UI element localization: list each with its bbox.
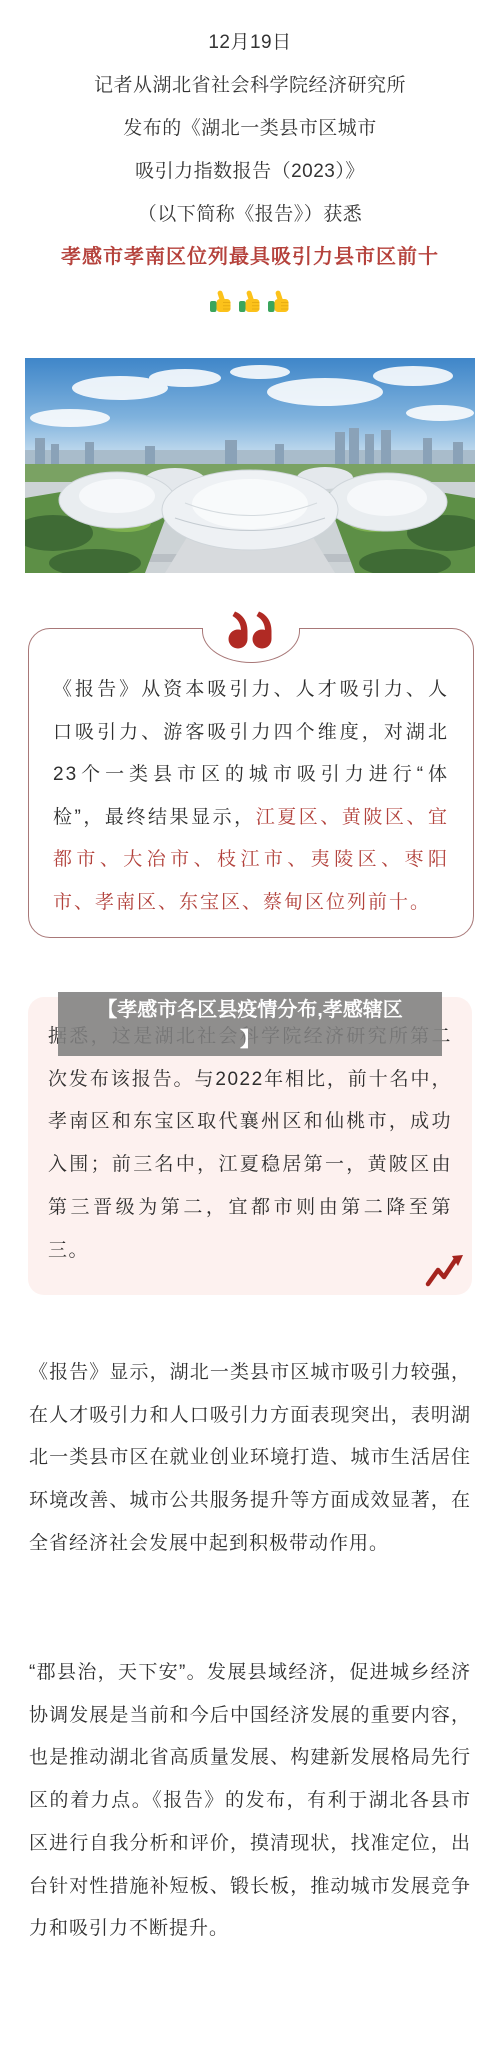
trend-up-arrow-icon xyxy=(424,1250,464,1295)
intro-line-1: 记者从湖北省社会科学院经济研究所 xyxy=(0,64,500,107)
thumbs-up-emoji xyxy=(209,288,233,316)
intro-date: 12月19日 xyxy=(0,21,500,64)
caption-line-1: 【孝感市各区县疫情分布,孝感辖区 xyxy=(58,995,442,1025)
thumbs-up-emoji xyxy=(238,288,262,316)
thumbs-row xyxy=(0,288,500,316)
thumbs-up-emoji xyxy=(267,288,291,316)
article-page: 12月19日 记者从湖北省社会科学院经济研究所 发布的《湖北一类县市区城市 吸引… xyxy=(0,0,500,2050)
paragraph-2: 《报告》显示，湖北一类县市区城市吸引力较强，在人才吸引力和人口吸引力方面表现突出… xyxy=(0,1352,500,1566)
intro-line-2: 发布的《湖北一类县市区城市 xyxy=(0,107,500,150)
quote-card: 《报告》从资本吸引力、人才吸引力、人口吸引力、游客吸引力四个维度，对湖北23个一… xyxy=(28,628,474,938)
intro-line-4: （以下简称《报告》）获悉 xyxy=(0,193,500,236)
quotation-marks-icon xyxy=(228,609,274,654)
caption-line-2: 】 xyxy=(58,1025,442,1055)
intro-block: 12月19日 记者从湖北省社会科学院经济研究所 发布的《湖北一类县市区城市 吸引… xyxy=(0,21,500,316)
red-headline: 孝感市孝南区位列最具吸引力县市区前十 xyxy=(0,236,500,279)
quote-text: 《报告》从资本吸引力、人才吸引力、人口吸引力、游客吸引力四个维度，对湖北23个一… xyxy=(29,629,473,925)
paragraph-3: “郡县治，天下安”。发展县域经济，促进城乡经济协调发展是当前和今后中国经济发展的… xyxy=(0,1652,500,1951)
intro-line-3: 吸引力指数报告（2023）》 xyxy=(0,150,500,193)
aerial-photo[interactable] xyxy=(25,358,475,573)
caption-overlay: 【孝感市各区县疫情分布,孝感辖区 】 xyxy=(58,992,442,1056)
quote-text-black: 《报告》从资本吸引力、人才吸引力、人口吸引力、游客吸引力四个维度，对湖北23个一… xyxy=(53,679,449,828)
